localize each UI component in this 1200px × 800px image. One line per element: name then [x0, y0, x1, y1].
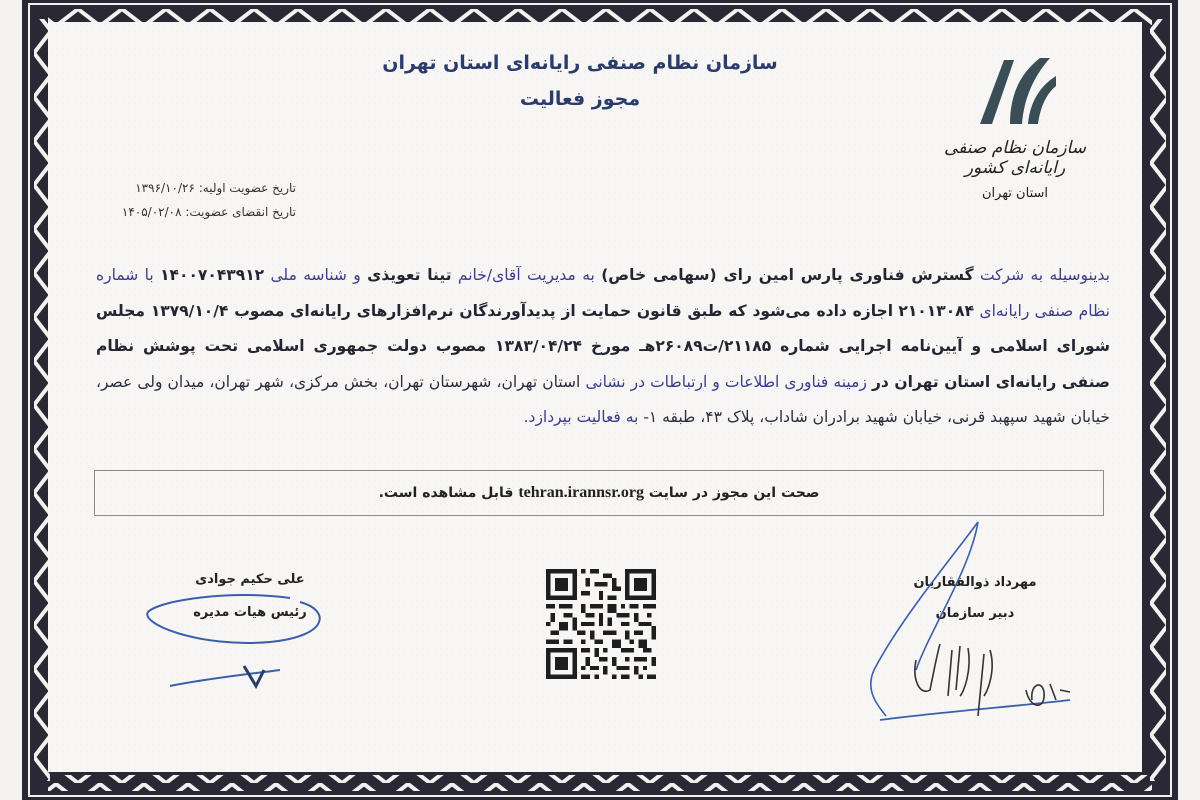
verification-url[interactable]: tehran.irannsr.org	[518, 484, 644, 501]
logo-caption: سازمان نظام صنفی رایانه‌ای کشور	[930, 138, 1100, 178]
guild-number: ۲۱۰۱۳۰۸۴	[898, 302, 974, 320]
logo-province: استان تهران	[930, 186, 1100, 201]
expiry-date: تاریخ انقضای عضویت: ۱۴۰۵/۰۲/۰۸	[96, 200, 296, 224]
initial-membership-date: تاریخ عضویت اولیه: ۱۳۹۶/۱۰/۲۶	[96, 176, 296, 200]
body-text: زمینه فناوری اطلاعات و ارتباطات در نشانی	[585, 373, 866, 391]
logo-icon	[970, 52, 1060, 132]
expiry-label: تاریخ انقضای عضویت:	[185, 205, 296, 219]
verification-box: صحت این مجوز در سایت tehran.irannsr.org …	[94, 470, 1104, 516]
organization-title: سازمان نظام صنفی رایانه‌ای استان تهران	[330, 52, 830, 74]
initial-membership-label: تاریخ عضویت اولیه:	[199, 181, 296, 195]
certificate-header: سازمان نظام صنفی رایانه‌ای استان تهران م…	[330, 52, 830, 110]
company-name: گسترش فناوری پارس امین رای (سهامی خاص)	[601, 266, 973, 284]
signer-role: دبیر سازمان	[900, 606, 1050, 621]
qr-code[interactable]	[546, 568, 656, 680]
signer-role: رئیس هیات مدیره	[150, 605, 350, 620]
expiry-value: ۱۴۰۵/۰۲/۰۸	[122, 205, 182, 219]
verification-suffix: قابل مشاهده است.	[379, 485, 514, 501]
body-text: و شناسه ملی	[271, 266, 361, 284]
body-text: به فعالیت بپردازد.	[524, 408, 639, 426]
body-text: بدینوسیله به شرکت	[980, 266, 1110, 284]
body-text: به مدیریت آقای/خانم	[458, 266, 595, 284]
signature-block-chairman: علی حکیم جوادی رئیس هیات مدیره	[150, 572, 350, 620]
initial-membership-value: ۱۳۹۶/۱۰/۲۶	[135, 181, 195, 195]
qr-code-icon	[546, 568, 656, 680]
organization-logo: سازمان نظام صنفی رایانه‌ای کشور استان ته…	[930, 52, 1100, 201]
signer-name: مهرداد ذوالفقاریان	[900, 575, 1050, 590]
membership-dates: تاریخ عضویت اولیه: ۱۳۹۶/۱۰/۲۶ تاریخ انقض…	[96, 176, 296, 224]
national-id: ۱۴۰۰۷۰۴۳۹۱۲	[160, 266, 264, 284]
manager-name: تینا تعویذی	[367, 266, 451, 284]
signature-block-secretary: مهرداد ذوالفقاریان دبیر سازمان	[900, 575, 1050, 621]
verification-prefix: صحت این مجوز در سایت	[649, 485, 820, 501]
certificate-body: بدینوسیله به شرکت گسترش فناوری پارس امین…	[96, 258, 1110, 436]
license-title: مجوز فعالیت	[330, 88, 830, 110]
signer-name: علی حکیم جوادی	[150, 572, 350, 587]
